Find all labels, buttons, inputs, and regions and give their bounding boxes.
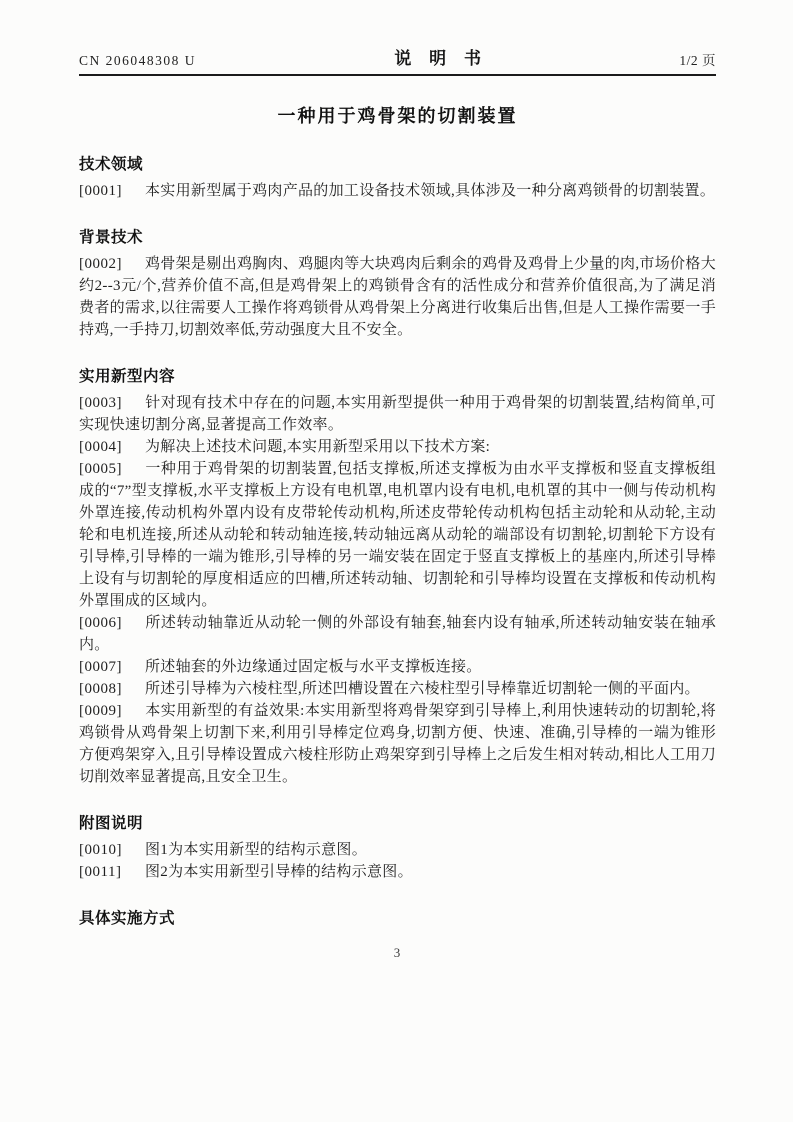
section-technical-field: 技术领域 [0001]本实用新型属于鸡肉产品的加工设备技术领域,具体涉及一种分离…: [79, 155, 716, 202]
paragraph-text: 图2为本实用新型引导棒的结构示意图。: [145, 864, 413, 880]
paragraph-text: 针对现有技术中存在的问题,本实用新型提供一种用于鸡骨架的切割装置,结构简单,可实…: [79, 395, 716, 433]
section-heading-brief-description-of-drawings: 附图说明: [79, 814, 716, 834]
section-heading-utility-model-content: 实用新型内容: [79, 367, 716, 387]
paragraph-0005: [0005]一种用于鸡骨架的切割装置,包括支撑板,所述支撑板为由水平支撑板和竖直…: [79, 458, 716, 612]
paragraph-text: 图1为本实用新型的结构示意图。: [145, 842, 367, 858]
section-heading-technical-field: 技术领域: [79, 155, 716, 175]
section-heading-detailed-description: 具体实施方式: [79, 909, 716, 929]
paragraph-0001: [0001]本实用新型属于鸡肉产品的加工设备技术领域,具体涉及一种分离鸡锁骨的切…: [79, 180, 716, 202]
paragraph-0008: [0008]所述引导棒为六棱柱型,所述凹槽设置在六棱柱型引导棒靠近切割轮一侧的平…: [79, 678, 716, 700]
paragraph-0002: [0002]鸡骨架是剔出鸡胸肉、鸡腿肉等大块鸡肉后剩余的鸡骨及鸡骨上少量的肉,市…: [79, 253, 716, 341]
section-utility-model-content: 实用新型内容 [0003]针对现有技术中存在的问题,本实用新型提供一种用于鸡骨架…: [79, 367, 716, 788]
page-footer: 3: [79, 944, 716, 962]
paragraph-text: 为解决上述技术问题,本实用新型采用以下技术方案:: [145, 439, 490, 455]
invention-title: 一种用于鸡骨架的切割装置: [79, 103, 716, 129]
paragraph-number: [0008]: [79, 678, 145, 700]
paragraph-number: [0006]: [79, 612, 145, 634]
paragraph-0011: [0011]图2为本实用新型引导棒的结构示意图。: [79, 861, 716, 883]
paragraph-number: [0007]: [79, 656, 145, 678]
paragraph-text: 所述轴套的外边缘通过固定板与水平支撑板连接。: [145, 659, 482, 675]
section-brief-description-of-drawings: 附图说明 [0010]图1为本实用新型的结构示意图。 [0011]图2为本实用新…: [79, 814, 716, 883]
document-type-title: 说明书: [394, 44, 499, 69]
document-number: CN 206048308 U: [79, 53, 196, 69]
page-header: CN 206048308 U 说明书 1/2 页: [79, 44, 716, 76]
paragraph-0006: [0006]所述转动轴靠近从动轮一侧的外部设有轴套,轴套内设有轴承,所述转动轴安…: [79, 612, 716, 656]
paragraph-0004: [0004]为解决上述技术问题,本实用新型采用以下技术方案:: [79, 436, 716, 458]
page-number: 3: [394, 945, 402, 960]
paragraph-number: [0003]: [79, 392, 145, 414]
paragraph-0003: [0003]针对现有技术中存在的问题,本实用新型提供一种用于鸡骨架的切割装置,结…: [79, 392, 716, 436]
paragraph-0010: [0010]图1为本实用新型的结构示意图。: [79, 839, 716, 861]
paragraph-number: [0009]: [79, 700, 145, 722]
paragraph-0007: [0007]所述轴套的外边缘通过固定板与水平支撑板连接。: [79, 656, 716, 678]
paragraph-number: [0005]: [79, 458, 145, 480]
paragraph-text: 所述转动轴靠近从动轮一侧的外部设有轴套,轴套内设有轴承,所述转动轴安装在轴承内。: [79, 615, 716, 653]
paragraph-number: [0001]: [79, 180, 145, 202]
paragraph-text: 鸡骨架是剔出鸡胸肉、鸡腿肉等大块鸡肉后剩余的鸡骨及鸡骨上少量的肉,市场价格大约2…: [79, 256, 716, 338]
paragraph-number: [0002]: [79, 253, 145, 275]
paragraph-text: 一种用于鸡骨架的切割装置,包括支撑板,所述支撑板为由水平支撑板和竖直支撑板组成的…: [79, 461, 716, 609]
paragraph-text: 本实用新型的有益效果:本实用新型将鸡骨架穿到引导棒上,利用快速转动的切割轮,将鸡…: [79, 703, 716, 785]
page-indicator: 1/2 页: [679, 49, 716, 69]
patent-specification-page: CN 206048308 U 说明书 1/2 页 一种用于鸡骨架的切割装置 技术…: [0, 0, 793, 1122]
paragraph-text: 本实用新型属于鸡肉产品的加工设备技术领域,具体涉及一种分离鸡锁骨的切割装置。: [145, 183, 715, 199]
paragraph-text: 所述引导棒为六棱柱型,所述凹槽设置在六棱柱型引导棒靠近切割轮一侧的平面内。: [145, 681, 700, 697]
paragraph-number: [0011]: [79, 861, 145, 883]
section-detailed-description: 具体实施方式: [79, 909, 716, 929]
section-background-art: 背景技术 [0002]鸡骨架是剔出鸡胸肉、鸡腿肉等大块鸡肉后剩余的鸡骨及鸡骨上少…: [79, 228, 716, 341]
section-heading-background-art: 背景技术: [79, 228, 716, 248]
paragraph-number: [0004]: [79, 436, 145, 458]
paragraph-0009: [0009]本实用新型的有益效果:本实用新型将鸡骨架穿到引导棒上,利用快速转动的…: [79, 700, 716, 788]
paragraph-number: [0010]: [79, 839, 145, 861]
